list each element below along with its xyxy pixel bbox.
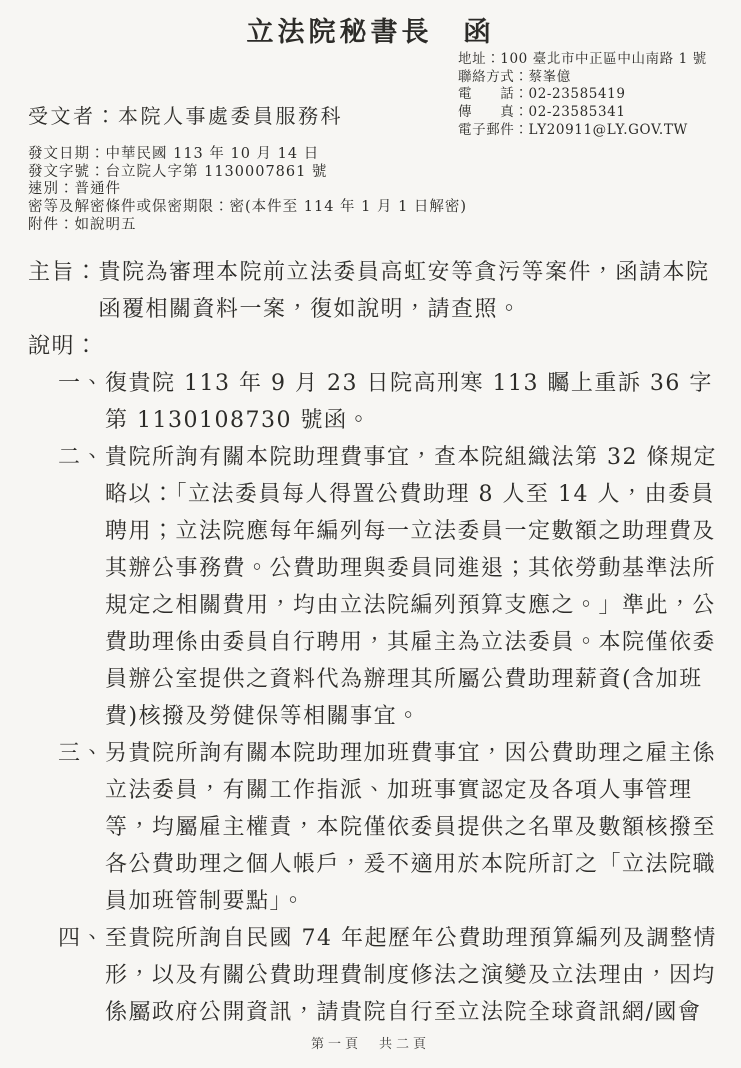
explanation-item-4: 四、 至貴院所詢自民國 74 年起歷年公費助理預算編列及調整情形，以及有關公費助… bbox=[28, 920, 720, 1031]
item-number: 一、 bbox=[58, 365, 105, 402]
explanation-item-3: 三、 另貴院所詢有關本院助理加班費事宜，因公費助理之雇主係立法委員，有關工作指派… bbox=[28, 735, 720, 920]
meta-attachment: 附件：如說明五 bbox=[28, 217, 467, 235]
meta-issue-date: 發文日期：中華民國 113 年 10 月 14 日 bbox=[28, 146, 467, 164]
subject-text: 貴院為審理本院前立法委員高虹安等貪污等案件，函請本院函覆相關資料一案，復如說明，… bbox=[99, 254, 720, 328]
page-footer: 第一頁 共二頁 bbox=[0, 1033, 741, 1052]
item-number: 四、 bbox=[58, 920, 105, 957]
meta-security-class: 密等及解密條件或保密期限：密(本件至 114 年 1 月 1 日解密) bbox=[28, 199, 467, 217]
letter-page: 立法院秘書長 函 地址：100 臺北市中正區中山南路 1 號 聯絡方式：蔡峯億 … bbox=[0, 0, 741, 1068]
contact-phone: 電 話：02-23585419 bbox=[458, 86, 707, 104]
meta-block: 發文日期：中華民國 113 年 10 月 14 日 發文字號：台立院人字第 11… bbox=[28, 146, 467, 235]
explanation-label: 說明： bbox=[28, 328, 720, 365]
sender-contact-block: 地址：100 臺北市中正區中山南路 1 號 聯絡方式：蔡峯億 電 話：02-23… bbox=[458, 51, 707, 140]
contact-address: 地址：100 臺北市中正區中山南路 1 號 bbox=[458, 51, 707, 69]
item-text: 至貴院所詢自民國 74 年起歷年公費助理預算編列及調整情形，以及有關公費助理費制… bbox=[105, 920, 720, 1031]
document-title: 立法院秘書長 函 bbox=[0, 10, 741, 49]
subject-label: 主旨： bbox=[28, 254, 99, 291]
subject-block: 主旨： 貴院為審理本院前立法委員高虹安等貪污等案件，函請本院函覆相關資料一案，復… bbox=[28, 254, 720, 328]
contact-person: 聯絡方式：蔡峯億 bbox=[458, 69, 707, 87]
item-number: 三、 bbox=[58, 735, 105, 772]
item-text: 貴院所詢有關本院助理費事宜，查本院組織法第 32 條規定略以：「立法委員每人得置… bbox=[105, 439, 720, 735]
item-number: 二、 bbox=[58, 439, 105, 476]
contact-email: 電子郵件：LY20911@LY.GOV.TW bbox=[458, 122, 707, 140]
letter-body: 主旨： 貴院為審理本院前立法委員高虹安等貪污等案件，函請本院函覆相關資料一案，復… bbox=[28, 254, 720, 1031]
contact-fax: 傳 真：02-23585341 bbox=[458, 104, 707, 122]
meta-doc-number: 發文字號：台立院人字第 1130007861 號 bbox=[28, 164, 467, 182]
item-text: 復貴院 113 年 9 月 23 日院高刑寒 113 矚上重訴 36 字第 11… bbox=[105, 365, 720, 439]
recipient-line: 受文者：本院人事處委員服務科 bbox=[28, 100, 343, 129]
explanation-item-1: 一、 復貴院 113 年 9 月 23 日院高刑寒 113 矚上重訴 36 字第… bbox=[28, 365, 720, 439]
item-text: 另貴院所詢有關本院助理加班費事宜，因公費助理之雇主係立法委員，有關工作指派、加班… bbox=[105, 735, 720, 920]
meta-speed-class: 速別：普通件 bbox=[28, 181, 467, 199]
explanation-item-2: 二、 貴院所詢有關本院助理費事宜，查本院組織法第 32 條規定略以：「立法委員每… bbox=[28, 439, 720, 735]
